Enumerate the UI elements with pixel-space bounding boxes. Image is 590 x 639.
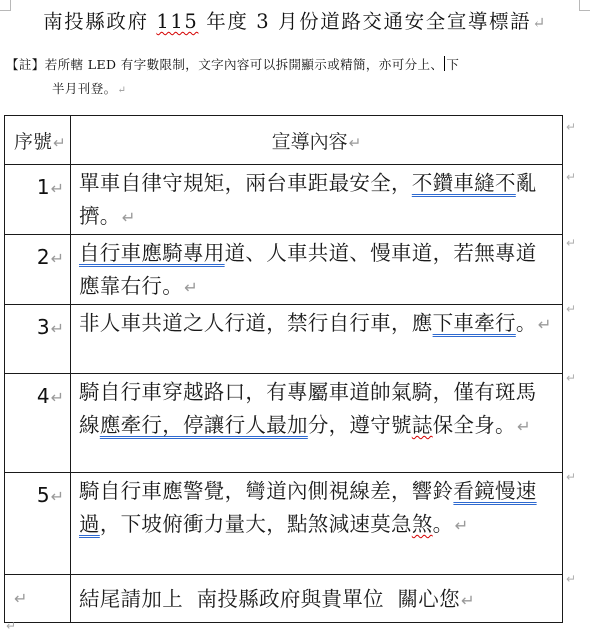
row-end-mark-icon: ↵ bbox=[566, 120, 576, 134]
closing-content-cell[interactable]: 結尾請加上 南投縣政府與貴單位 關心您↵ bbox=[71, 575, 563, 623]
row-end-mark-icon: ↵ bbox=[566, 302, 576, 316]
row-number-cell[interactable]: 2↵ bbox=[5, 235, 71, 305]
note-line1-end: 下 bbox=[446, 57, 459, 72]
header-content-label: 宣導內容 bbox=[272, 131, 348, 153]
cell-end-mark-icon: ↵ bbox=[51, 487, 64, 506]
table-row: 3↵ 非人車共道之人行道，禁行自行車，應下車牽行。↵ bbox=[5, 305, 563, 374]
row-number-cell[interactable]: 5↵ bbox=[5, 473, 71, 575]
table-header-row: 序號↵ 宣導內容↵ bbox=[5, 116, 563, 165]
table-row: 5↵ 騎自行車應警覺，彎道內側視線差，響鈴看鏡慢速過，下坡俯衝力量大，點煞減速莫… bbox=[5, 473, 563, 575]
row-content-cell[interactable]: 騎自行車穿越路口，有專屬車道帥氣騎，僅有斑馬線應牽行，停讓行人最加分，遵守號誌保… bbox=[71, 374, 563, 473]
cell-end-mark-icon: ↵ bbox=[184, 278, 198, 297]
content-text: 非人車共道之人行道，禁行自行車，應 bbox=[79, 311, 433, 335]
content-text: 。 bbox=[433, 512, 454, 536]
header-number-cell[interactable]: 序號↵ bbox=[5, 116, 71, 165]
content-text: 保全身。 bbox=[433, 413, 516, 437]
content-text: 騎自行車應警覺，彎道內側視線差，響鈴 bbox=[79, 479, 453, 503]
cell-end-mark-icon: ↵ bbox=[538, 315, 552, 334]
cell-end-mark-icon: ↵ bbox=[51, 179, 64, 198]
paragraph-mark-icon: ↵ bbox=[532, 14, 547, 32]
content-text: 。 bbox=[516, 311, 537, 335]
title-prefix: 南投縣政府 bbox=[43, 10, 156, 33]
row-content-cell[interactable]: 自行車應騎專用道、人車共道、慢車道，若無專道應靠右行。↵ bbox=[71, 235, 563, 305]
row-content-cell[interactable]: 騎自行車應警覺，彎道內側視線差，響鈴看鏡慢速過，下坡俯衝力量大，點煞減速莫急煞。… bbox=[71, 473, 563, 575]
paragraph-mark-icon: ↵ bbox=[6, 619, 16, 633]
cell-end-mark-icon: ↵ bbox=[53, 134, 66, 152]
note-line1: 若所轄 LED 有字數限制，文字內容可以拆開顯示或精簡，亦可分上、 bbox=[45, 57, 444, 72]
spelling-flagged-text[interactable]: 煞 bbox=[412, 512, 433, 536]
row-number-cell[interactable]: 1↵ bbox=[5, 165, 71, 235]
content-text: 單車自律守規矩，兩台車距最安全， bbox=[79, 171, 412, 195]
row-number: 2 bbox=[37, 245, 50, 269]
paragraph-mark-icon: ↵ bbox=[118, 85, 127, 96]
row-number: 1 bbox=[37, 175, 50, 199]
grammar-flagged-text[interactable]: 下車牽行 bbox=[433, 311, 516, 335]
content-text: ，下坡俯衝力量大，點煞減速莫急 bbox=[100, 512, 412, 536]
title-suffix: 年度 3 月份道路交通安全宣導標語 bbox=[198, 10, 531, 33]
row-number-cell[interactable]: 3↵ bbox=[5, 305, 71, 374]
cell-end-mark-icon: ↵ bbox=[454, 516, 468, 535]
header-content-cell[interactable]: 宣導內容↵ bbox=[71, 116, 563, 165]
grammar-flagged-text[interactable]: 不鑽車縫不 bbox=[412, 171, 516, 195]
closing-number-cell[interactable]: ↵ bbox=[5, 575, 71, 623]
content-text: 分，遵守號 bbox=[308, 413, 412, 437]
title-year-spellcheck[interactable]: 115 bbox=[156, 10, 198, 33]
closing-text: 結尾請加上 南投縣政府與貴單位 關心您 bbox=[79, 587, 460, 611]
row-number: 5 bbox=[37, 483, 50, 507]
row-end-mark-icon: ↵ bbox=[566, 470, 576, 484]
row-number-cell[interactable]: 4↵ bbox=[5, 374, 71, 473]
note-line2: 半月刊登。 bbox=[52, 81, 117, 96]
table-row: 2↵ 自行車應騎專用道、人車共道、慢車道，若無專道應靠右行。↵ bbox=[5, 235, 563, 305]
row-end-mark-icon: ↵ bbox=[566, 170, 576, 184]
cell-end-mark-icon: ↵ bbox=[517, 417, 531, 436]
note-label: 【註】 bbox=[6, 57, 45, 72]
row-content-cell[interactable]: 非人車共道之人行道，禁行自行車，應下車牽行。↵ bbox=[71, 305, 563, 374]
row-content-cell[interactable]: 單車自律守規矩，兩台車距最安全，不鑽車縫不亂擠。↵ bbox=[71, 165, 563, 235]
row-end-mark-icon: ↵ bbox=[566, 371, 576, 385]
slogan-table: 序號↵ 宣導內容↵ 1↵ 單車自律守規矩，兩台車距最安全，不鑽車縫不亂擠。↵ 2… bbox=[4, 115, 563, 623]
header-number-label: 序號 bbox=[14, 131, 52, 153]
grammar-flagged-text[interactable]: 應牽行，停讓行人最加 bbox=[100, 413, 308, 437]
row-end-mark-icon: ↵ bbox=[566, 572, 576, 586]
cell-end-mark-icon: ↵ bbox=[122, 208, 136, 227]
grammar-flagged-text[interactable]: 自行車應騎專用 bbox=[79, 241, 225, 265]
table-row: 4↵ 騎自行車穿越路口，有專屬車道帥氣騎，僅有斑馬線應牽行，停讓行人最加分，遵守… bbox=[5, 374, 563, 473]
cell-end-mark-icon: ↵ bbox=[51, 319, 64, 338]
closing-row: ↵ 結尾請加上 南投縣政府與貴單位 關心您↵ bbox=[5, 575, 563, 623]
cell-end-mark-icon: ↵ bbox=[461, 591, 475, 610]
cell-end-mark-icon: ↵ bbox=[51, 388, 64, 407]
row-number: 3 bbox=[37, 315, 50, 339]
document-title[interactable]: 南投縣政府 115 年度 3 月份道路交通安全宣導標語↵ bbox=[0, 6, 590, 34]
cell-end-mark-icon: ↵ bbox=[14, 589, 27, 608]
cell-end-mark-icon: ↵ bbox=[349, 134, 362, 152]
cell-end-mark-icon: ↵ bbox=[51, 249, 64, 268]
note-paragraph[interactable]: 【註】若所轄 LED 有字數限制，文字內容可以拆開顯示或精簡，亦可分上、下 半月… bbox=[6, 53, 566, 103]
spelling-flagged-text[interactable]: 誌 bbox=[412, 413, 433, 437]
table-row: 1↵ 單車自律守規矩，兩台車距最安全，不鑽車縫不亂擠。↵ bbox=[5, 165, 563, 235]
row-number: 4 bbox=[37, 384, 50, 408]
row-end-mark-icon: ↵ bbox=[566, 236, 576, 250]
